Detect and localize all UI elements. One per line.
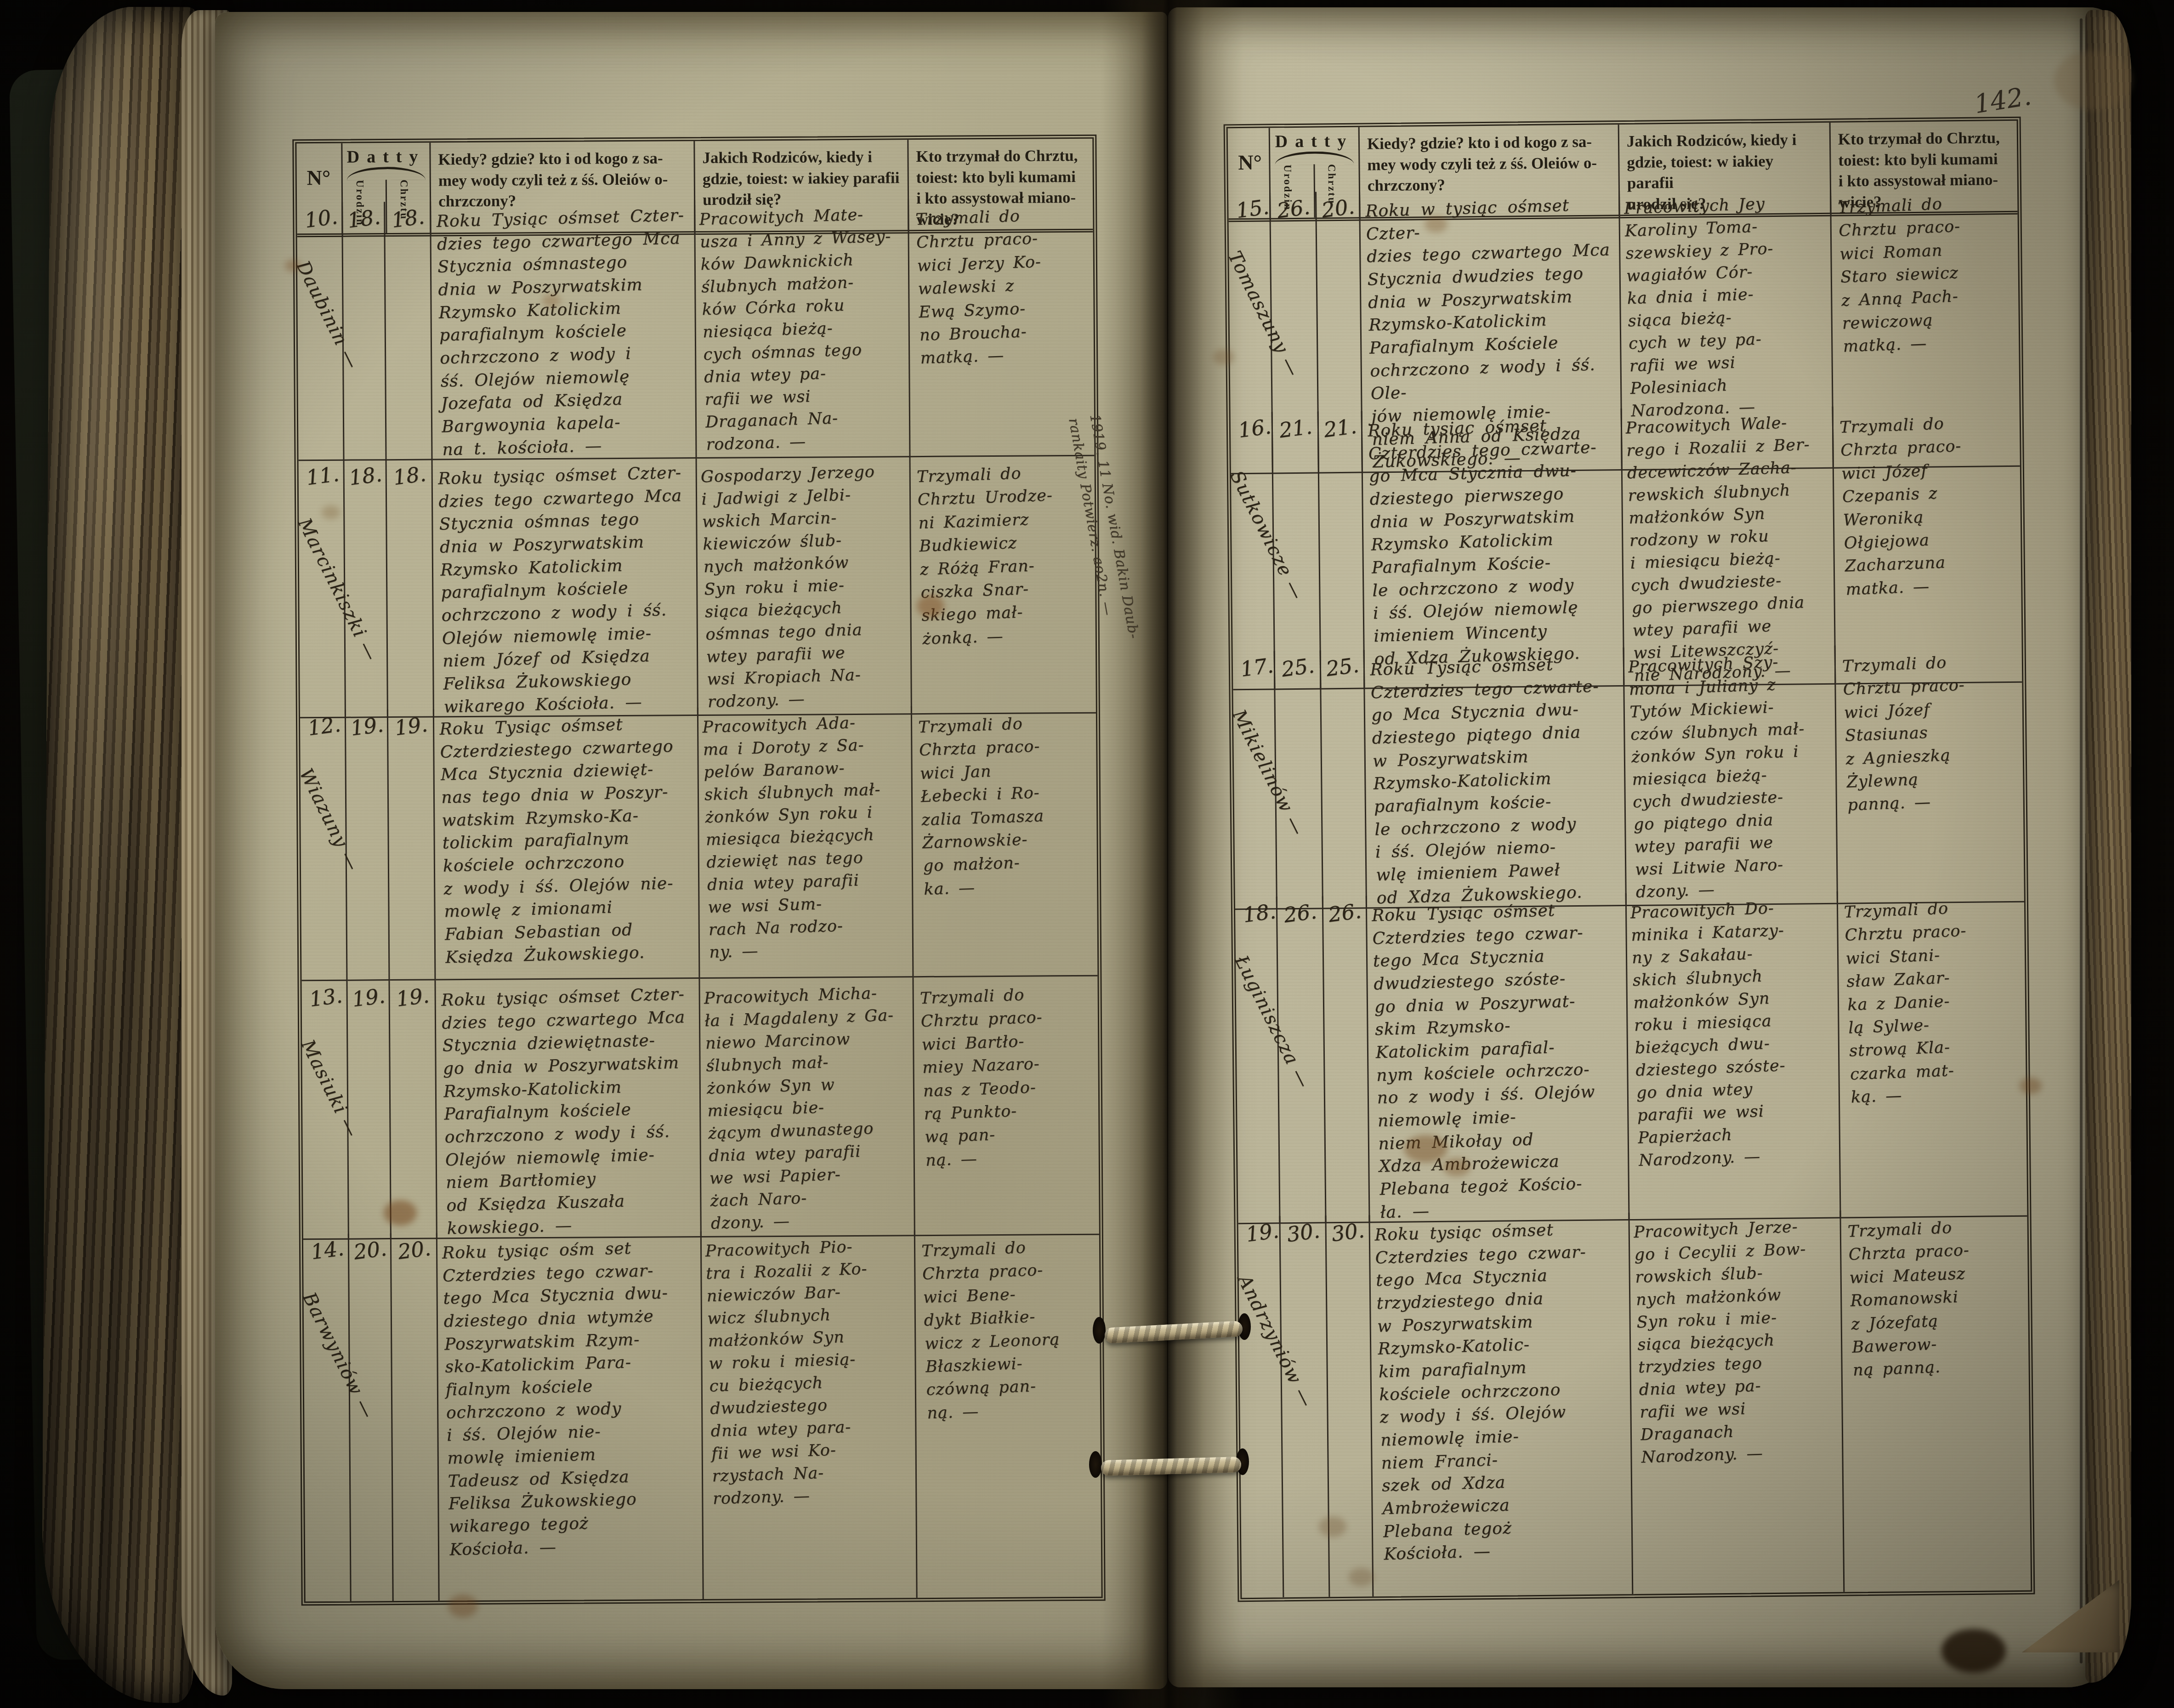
- birth-date: 21.: [1277, 410, 1313, 443]
- record-number-cell: 10. Daubinin —: [297, 202, 344, 461]
- page-number: 142.: [1972, 81, 2033, 120]
- record-row-12: 12. Wiazuny — 19. 19. Roku Tysiąc ośmset…: [300, 705, 1098, 982]
- record-number-cell: 12. Wiazuny —: [300, 710, 348, 982]
- parents-entry: Gospodarzy Jerzego i Jadwigi z Jelbi- ws…: [694, 454, 914, 714]
- birth-date: 30.: [1285, 1214, 1321, 1247]
- birth-date: 20.: [352, 1231, 388, 1265]
- birth-date: 26.: [1282, 894, 1318, 927]
- left-table-header-row: N° Datty Urodzin Chrztu Kiedy? gdzie? kt…: [296, 139, 1093, 203]
- right-page-edge-gap: [2080, 18, 2083, 1663]
- baptism-entry: Roku tysiąc ośmset Czterdzies tego czwar…: [1360, 406, 1625, 671]
- header-no-label: N°: [1228, 128, 1262, 175]
- baptism-date: 20.: [396, 1231, 432, 1264]
- right-page-deckle-edge: [2085, 10, 2131, 1683]
- parents-entry-cell: Pracowitych Szy- mona i Juliany z Tytów …: [1624, 646, 1838, 907]
- scanned-register-spread: N° Datty Urodzin Chrztu Kiedy? gdzie? kt…: [0, 0, 2174, 1708]
- baptism-date-cell: 25.: [1321, 650, 1367, 909]
- baptism-date-cell: 18.: [385, 202, 432, 461]
- baptism-entry-cell: Roku tysiąc ośmset Czter- dzies tego czw…: [433, 457, 698, 718]
- baptism-entry: Roku tysiąc ośm set Czterdzies tego czwa…: [434, 1229, 705, 1562]
- record-row-13: 13. Masiuki — 19. 19. Roku tysiąc ośmset…: [301, 976, 1099, 1234]
- record-number-cell: 14. Barwyniów —: [303, 1234, 352, 1602]
- baptism-entry: Roku Tysiąc ośmset Czterdzies tego czwar…: [1364, 891, 1631, 1224]
- baptism-entry: Roku Tysiąc ośmset Czter- dzies tego czw…: [429, 198, 698, 462]
- record-row-19: 19. Andrzyniów — 30. 30. Roku tysiąc ośm…: [1238, 1209, 2031, 1598]
- record-row-15: 15. Tomaszuny — 26. 20. Roku w tysiąc oś…: [1228, 185, 2020, 412]
- record-number-cell: 13. Masiuki —: [301, 981, 349, 1240]
- parents-entry: Pracowitych Jerze- go i Cecylii z Bow- r…: [1627, 1208, 1845, 1469]
- parents-entry-cell: Pracowitych Micha- ła i Magdaleny z Ga- …: [700, 977, 915, 1237]
- brace-icon: [1275, 151, 1354, 165]
- record-number: 10.: [295, 200, 339, 234]
- godparents-entry-cell: Trzymali do Chrztu praco- wici Stani- sł…: [1838, 890, 2027, 1219]
- record-number: 19.: [1237, 1214, 1280, 1248]
- birth-date: 18.: [347, 457, 383, 490]
- parents-entry-cell: Pracowitych Jerze- go i Cecylii z Bow- r…: [1629, 1211, 1845, 1594]
- record-number: 17.: [1231, 648, 1275, 682]
- parents-entry-cell: Pracowitych Do- minika i Katarzy- ny z S…: [1627, 891, 1841, 1221]
- baptism-date-cell: 18.: [387, 459, 434, 718]
- baptism-entry-cell: Roku Tysiąc ośmset Czter- dzies tego czw…: [431, 200, 697, 460]
- record-row-10: 10. Daubinin — 18. 18. Roku Tysiąc ośmse…: [297, 198, 1094, 460]
- record-number-cell: 18. Ługiniszcza —: [1235, 897, 1281, 1224]
- binding-slit: [1089, 1451, 1102, 1478]
- record-number: 15.: [1227, 190, 1271, 224]
- baptism-entry-cell: Roku tysiąc ośmset Czter- dzies tego czw…: [436, 979, 701, 1239]
- header-daty-label: Datty: [1270, 127, 1358, 152]
- birth-date-cell: 20.: [349, 1233, 394, 1601]
- godparents-entry-cell: Trzymali do Chrztu praco- wici Józef Sta…: [1836, 644, 2024, 904]
- baptism-entry-cell: Roku tysiąc ośmset Czterdzies tego czwar…: [1370, 1213, 1633, 1596]
- baptism-date-cell: 19.: [390, 981, 437, 1240]
- birth-date-cell: 30.: [1280, 1215, 1330, 1597]
- right-page: 142. N° Datty Urodzin Chrztu Kiedy? gdzi…: [1168, 7, 2122, 1687]
- right-table-header-row: N° Datty Urodzin Chrztu Kiedy? gdzie? kt…: [1228, 121, 2017, 193]
- record-number: 12.: [298, 708, 342, 742]
- baptism-entry: Roku tysiąc ośmset Czterdzies tego czwar…: [1367, 1210, 1635, 1566]
- godparents-entry: Trzymali do Chrztu praco- wici Roman Sta…: [1829, 182, 2021, 359]
- godparents-entry: Trzymali do Chrztu praco- wici Bartło- m…: [911, 974, 1101, 1172]
- baptism-date: 19.: [392, 708, 429, 741]
- baptism-date: 19.: [394, 978, 431, 1011]
- godparents-entry: Trzymali do Chrzta praco- wici Bene- dyk…: [913, 1226, 1103, 1425]
- parents-entry-cell: Pracowitych Mate- usza i Anny z Wasey- k…: [695, 199, 910, 459]
- parents-entry: Pracowitych Do- minika i Katarzy- ny z S…: [1623, 889, 1842, 1172]
- page-edge-stack: [41, 6, 202, 1703]
- header-baptism-label: Kiedy? gdzie? kto i od kogo z sa- mey wo…: [1360, 125, 1618, 196]
- godparents-entry: Trzymali do Chrztu praco- wici Jerzy Ko-…: [907, 195, 1096, 370]
- birth-date-cell: 21.: [1273, 411, 1322, 690]
- baptism-date-cell: 19.: [388, 709, 436, 981]
- record-number: 18.: [1233, 894, 1277, 928]
- left-page: N° Datty Urodzin Chrztu Kiedy? gdzie? kt…: [215, 12, 1167, 1689]
- birth-date-cell: 18.: [343, 202, 386, 461]
- record-row-16: 16. Sutkowicze — 21. 21. Roku tysiąc ośm…: [1231, 405, 2022, 651]
- godparents-entry: Trzymali do Chrzta praco- wici Jan Łebec…: [909, 703, 1100, 901]
- parents-entry: Pracowitych Jey Karoliny Toma- szewskiey…: [1617, 184, 1835, 423]
- record-number: 13.: [300, 979, 344, 1013]
- right-register-table: N° Datty Urodzin Chrztu Kiedy? gdzie? kt…: [1224, 117, 2035, 1602]
- record-number-cell: 11. Marcinkiszki —: [299, 460, 346, 719]
- header-no-label: N°: [296, 143, 330, 190]
- baptism-date-cell: 20.: [392, 1233, 440, 1601]
- left-register-table: N° Datty Urodzin Chrztu Kiedy? gdzie? kt…: [292, 135, 1105, 1606]
- birth-date: 19.: [348, 708, 385, 741]
- baptism-date: 21.: [1322, 409, 1358, 443]
- record-number: 11.: [297, 457, 341, 491]
- record-row-14: 14. Barwyniów — 20. 20. Roku tysiąc ośm …: [303, 1229, 1101, 1602]
- godparents-entry: Trzymali do Chrzta praco- wici Józef Cze…: [1831, 402, 2024, 601]
- baptism-date: 18.: [389, 200, 426, 233]
- record-row-17: 17. Mikielinów — 25. 25. Roku Tysiąc ośm…: [1233, 644, 2024, 897]
- godparents-entry-cell: Trzymali do Chrzta praco- wici Bene- dyk…: [915, 1229, 1101, 1598]
- baptism-entry-cell: Roku Tysiąc ośmset Czterdzies tego czwar…: [1367, 893, 1630, 1223]
- baptism-entry: Roku Tysiąc ośmset Czterdziestego czwart…: [432, 705, 701, 970]
- baptism-date-cell: 21.: [1319, 411, 1365, 690]
- record-row-11: 11. Marcinkiszki — 18. 18. Roku tysiąc o…: [299, 455, 1096, 710]
- godparents-entry-cell: Trzymali do Chrzta praco- wici Mateusz R…: [1841, 1209, 2031, 1592]
- birth-date-cell: 26.: [1277, 896, 1327, 1224]
- godparents-entry-cell: Trzymali do Chrzta praco- wici Jan Łebec…: [912, 705, 1098, 977]
- parents-entry: Pracowitych Pio- tra i Rozalii z Ko- nie…: [698, 1228, 919, 1511]
- parents-entry: Pracowitych Micha- ła i Magdaleny z Ga- …: [697, 975, 917, 1236]
- baptism-entry-cell: Roku Tysiąc ośmset Czterdziestego czwart…: [434, 708, 700, 981]
- baptism-date-cell: 26.: [1323, 896, 1370, 1223]
- baptism-entry: Roku Tysiąc ośmset Czterdzies tego czwar…: [1362, 645, 1628, 910]
- godparents-entry-cell: Trzymali do Chrztu praco- wici Bartło- m…: [914, 976, 1099, 1237]
- record-number-cell: 17. Mikielinów —: [1233, 651, 1277, 910]
- baptism-date: 30.: [1329, 1213, 1366, 1246]
- birth-date: 18.: [345, 200, 381, 233]
- baptism-date-cell: 30.: [1326, 1215, 1374, 1597]
- parents-entry: Pracowitych Szy- mona i Juliany z Tytów …: [1621, 643, 1840, 904]
- record-number-cell: 19. Andrzyniów —: [1238, 1216, 1284, 1598]
- baptism-entry-cell: Roku tysiąc ośm set Czterdzies tego czwa…: [437, 1231, 704, 1600]
- birth-date-cell: 19.: [347, 981, 391, 1240]
- godparents-entry-cell: Trzymali do Chrztu Urodze- ni Kazimierz …: [911, 455, 1096, 715]
- baptism-date: 20.: [1320, 190, 1356, 223]
- godparents-entry-cell: Trzymali do Chrztu praco- wici Jerzy Ko-…: [909, 198, 1094, 458]
- birth-date-cell: 19.: [346, 709, 390, 981]
- godparents-entry: Trzymali do Chrzta praco- wici Mateusz R…: [1839, 1206, 2031, 1383]
- binding-slit: [1093, 1317, 1106, 1344]
- brace-icon: [347, 167, 425, 181]
- birth-date-cell: 18.: [345, 459, 388, 718]
- godparents-entry: Trzymali do Chrztu praco- wici Stani- sł…: [1835, 887, 2029, 1109]
- baptism-date: 25.: [1324, 648, 1360, 681]
- record-number: 14.: [301, 1231, 345, 1265]
- record-number: 16.: [1229, 409, 1272, 443]
- baptism-date: 18.: [391, 457, 427, 490]
- parents-entry: Pracowitych Mate- usza i Anny z Wasey- k…: [692, 196, 912, 457]
- godparents-entry: Trzymali do Chrztu Urodze- ni Kazimierz …: [908, 452, 1098, 651]
- birth-date: 19.: [350, 979, 386, 1012]
- parents-entry-cell: Pracowitych Ada- ma i Doroty z Sa- pelów…: [698, 706, 914, 979]
- record-row-18: 18. Ługiniszcza — 26. 26. Roku Tysiąc oś…: [1235, 890, 2027, 1216]
- baptism-entry: Roku tysiąc ośmset Czter- dzies tego czw…: [433, 976, 703, 1241]
- header-daty-label: Datty: [342, 143, 429, 167]
- baptism-entry: Roku tysiąc ośmset Czter- dzies tego czw…: [430, 455, 699, 719]
- birth-date-cell: 25.: [1275, 650, 1323, 909]
- parents-entry-cell: Gospodarzy Jerzego i Jadwigi z Jelbi- ws…: [697, 456, 912, 716]
- parents-entry-cell: Pracowitych Pio- tra i Rozalii z Ko- nie…: [702, 1230, 918, 1599]
- birth-date: 26.: [1275, 190, 1311, 223]
- godparents-entry: Trzymali do Chrztu praco- wici Józef Sta…: [1833, 641, 2026, 817]
- birth-date: 25.: [1279, 648, 1316, 681]
- baptism-entry-cell: Roku Tysiąc ośmset Czterdzies tego czwar…: [1365, 647, 1627, 909]
- parents-entry: Pracowitych Ada- ma i Doroty z Sa- pelów…: [695, 704, 915, 965]
- baptism-date: 26.: [1326, 894, 1362, 927]
